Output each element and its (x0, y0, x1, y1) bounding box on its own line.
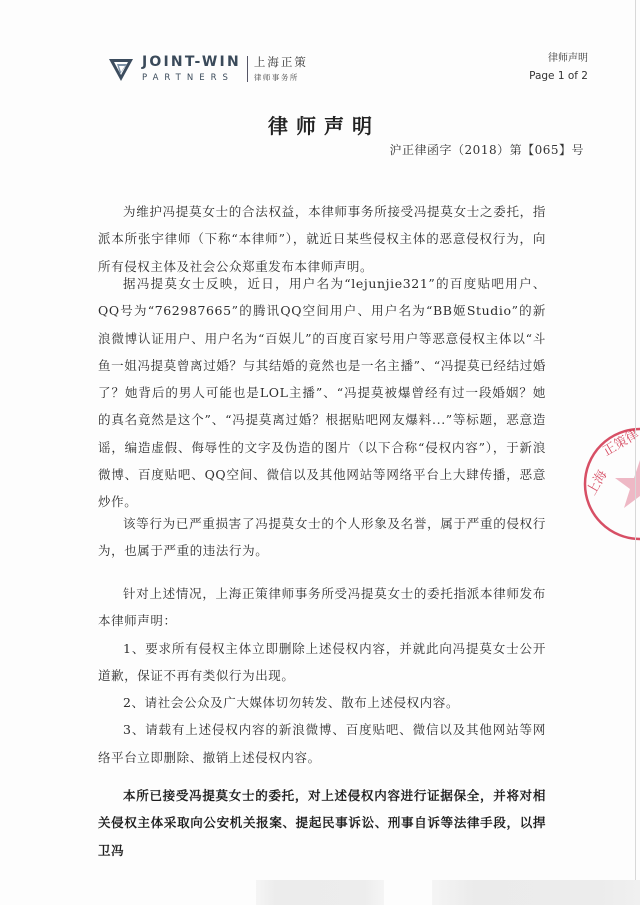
logo-chinese-subtitle: 律师事务所 (254, 72, 308, 83)
statement-section: 针对上述情况，上海正策律师事务所受冯提莫女士的委托指派本律师发布本律师声明： 1… (98, 580, 546, 771)
demand-item: 1、要求所有侵权主体立即删除上述侵权内容，并就此向冯提莫女士公开道歉，保证不再有… (98, 635, 546, 690)
logo-chinese-name: 上海正策 (254, 55, 308, 69)
page-indicator: Page 1 of 2 (529, 68, 588, 84)
facts-text: 据冯提莫女士反映，近日，用户名为“lejunjie321”的百度贴吧用户、QQ号… (98, 270, 546, 516)
demand-item: 2、请社会公众及广大媒体切勿转发、散布上述侵权内容。 (98, 689, 546, 716)
header-doc-type: 律师声明 (529, 52, 588, 66)
official-seal-icon: 上海 正策律 (580, 424, 640, 544)
watermark-block (256, 880, 384, 905)
header-meta: 律师声明 Page 1 of 2 (529, 52, 588, 84)
paragraph-intro: 为维护冯提莫女士的合法权益，本律师事务所接受冯提莫女士之委托，指派本所张宇律师（… (98, 198, 546, 280)
closing-text: 本所已接受冯提莫女士的委托，对上述侵权内容进行证据保全，并将对相关侵权主体采取向… (98, 782, 546, 864)
harm-text: 该等行为已严重损害了冯提莫女士的个人形象及名誉，属于严重的侵权行为，也属于严重的… (98, 510, 546, 565)
demand-item: 3、请载有上述侵权内容的新浪微博、百度贴吧、微信以及其他网站等网络平台立即删除、… (98, 716, 546, 771)
document-page: JOINT-WIN PARTNERS 上海正策 律师事务所 律师声明 Page … (0, 0, 640, 905)
paragraph-closing: 本所已接受冯提莫女士的委托，对上述侵权内容进行证据保全，并将对相关侵权主体采取向… (98, 782, 546, 864)
logo-divider (247, 56, 248, 82)
joint-win-logo-icon (108, 56, 134, 82)
paragraph-facts: 据冯提莫女士反映，近日，用户名为“lejunjie321”的百度贴吧用户、QQ号… (98, 270, 546, 516)
svg-text:正策律: 正策律 (600, 426, 640, 459)
logo-english-subtitle: PARTNERS (142, 72, 241, 84)
page-edge (635, 0, 636, 905)
document-title: 律师声明 (268, 110, 380, 139)
paragraph-harm: 该等行为已严重损害了冯提莫女士的个人形象及名誉，属于严重的侵权行为，也属于严重的… (98, 510, 546, 565)
reference-number: 沪正律函字（2018）第【065】号 (390, 141, 584, 158)
logo-english-name: JOINT-WIN (142, 54, 241, 70)
firm-logo: JOINT-WIN PARTNERS 上海正策 律师事务所 (108, 54, 308, 84)
watermark-block (432, 880, 640, 905)
statement-intro: 针对上述情况，上海正策律师事务所受冯提莫女士的委托指派本律师发布本律师声明： (98, 580, 546, 635)
svg-text:上海: 上海 (584, 468, 610, 498)
intro-text: 为维护冯提莫女士的合法权益，本律师事务所接受冯提莫女士之委托，指派本所张宇律师（… (98, 198, 546, 280)
